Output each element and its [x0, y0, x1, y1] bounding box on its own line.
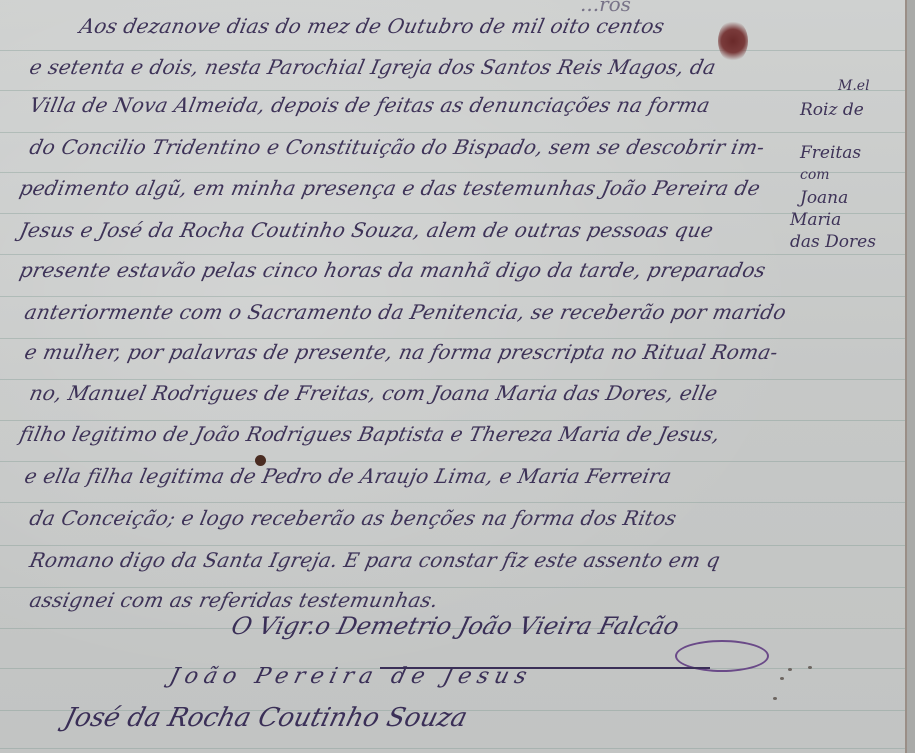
ink-dot — [255, 455, 266, 466]
body-line: Villa de Nova Almeida, depois de feitas … — [27, 93, 712, 117]
ink-stain — [718, 20, 748, 62]
ruled-line — [0, 50, 905, 51]
ruled-line — [0, 90, 905, 91]
margin-note-line: Maria — [790, 210, 841, 230]
body-line: filho legitimo de João Rodrigues Baptist… — [17, 422, 722, 446]
body-line: da Conceição; e logo receberão as bençõe… — [27, 506, 678, 530]
margin-note-line: Roiz de — [800, 100, 864, 120]
signature-witness-2: José da Rocha Coutinho Souza — [61, 703, 470, 733]
signature-witness-1: João Pereira de Jesus — [167, 664, 535, 689]
ruled-line — [0, 379, 905, 380]
ruled-line — [0, 172, 905, 173]
body-line: e mulher, por palavras de presente, na f… — [22, 340, 780, 364]
body-line: pedimento algũ, em minha presença e das … — [17, 176, 762, 200]
ruled-line — [0, 545, 905, 546]
margin-note-line: M.el — [838, 78, 870, 94]
signature-vicar: O Vigr.o Demetrio João Vieira Falcão — [229, 612, 683, 640]
pinhole — [780, 677, 784, 680]
ruled-line — [0, 132, 905, 133]
body-line: assignei com as referidas testemunhas. — [27, 588, 440, 612]
margin-note-line: Joana — [800, 188, 848, 208]
ruled-line — [0, 254, 905, 255]
ruled-line — [0, 296, 905, 297]
margin-note-line: das Dores — [790, 232, 876, 252]
body-line: Jesus e José da Rocha Coutinho Souza, al… — [17, 218, 715, 242]
ruled-line — [0, 502, 905, 503]
ruled-line — [0, 461, 905, 462]
body-line: Aos dezanove dias do mez de Outubro de m… — [77, 14, 666, 38]
body-line: anteriormente com o Sacramento da Penite… — [22, 300, 788, 324]
body-line: e setenta e dois, nesta Parochial Igreja… — [27, 55, 718, 79]
margin-note-line: Freitas — [800, 143, 861, 163]
pinhole — [788, 668, 792, 671]
body-line: do Concilio Tridentino e Constituição do… — [27, 135, 766, 159]
body-line: no, Manuel Rodrigues de Freitas, com Joa… — [27, 381, 720, 405]
ruled-line — [0, 213, 905, 214]
body-line: Romano digo da Santa Igreja. E para cons… — [27, 548, 722, 572]
register-page: ...ros Aos dezanove dias do mez de Outub… — [0, 0, 905, 753]
body-line: presente estavão pelas cinco horas da ma… — [17, 258, 768, 282]
ruled-line — [0, 338, 905, 339]
pinhole — [808, 666, 812, 669]
ruled-line — [0, 420, 905, 421]
ruled-line — [0, 748, 905, 749]
body-line: e ella filha legitima de Pedro de Araujo… — [22, 464, 673, 488]
pinhole — [773, 697, 777, 700]
margin-note-line: com — [800, 167, 830, 183]
page-edge — [907, 0, 915, 753]
